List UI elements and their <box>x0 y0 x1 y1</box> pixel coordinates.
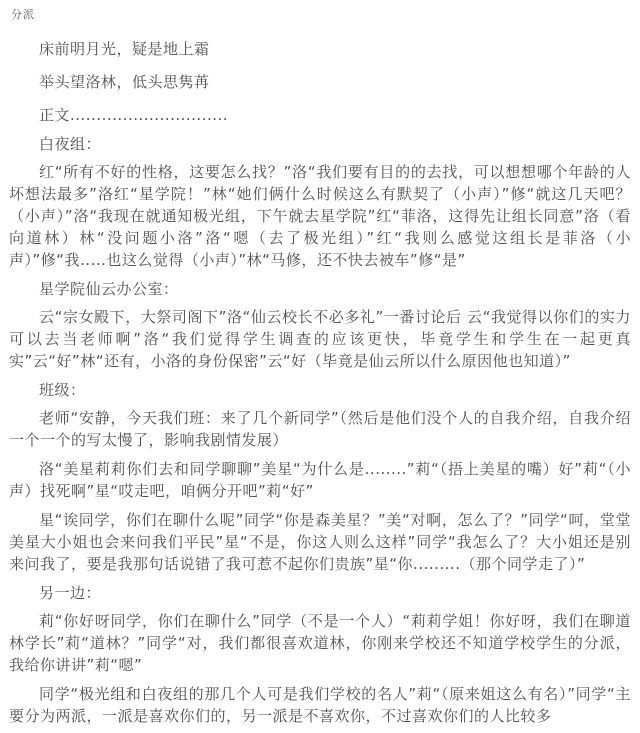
story-paragraph: 洛“美星莉莉你们去和同学聊聊”美星“为什么是........”莉“（捂上美星的嘴… <box>9 458 631 502</box>
story-paragraph: 星“诶同学，你们在聊什么呢”同学“你是森美星？”美“对啊，怎么了？”同学“呵，堂… <box>9 509 631 575</box>
document-page: 分派 床前明月光，疑是地上霜 举头望洛林，低头思隽苒 正文...........… <box>0 0 640 733</box>
section-heading-white-night-group: 白夜组： <box>9 133 631 155</box>
section-heading-class: 班级： <box>9 379 631 401</box>
poem-line-2: 举头望洛林，低头思隽苒 <box>9 71 631 93</box>
story-paragraph: 莉“你好呀同学，你们在聊什么”同学（不是一个人）“莉莉学姐！你好呀，我们在聊道林… <box>9 610 631 676</box>
body-start-marker: 正文.............................. <box>9 104 631 126</box>
story-paragraph: 老师“安静，今天我们班：来了几个新同学”（然后是他们没个人的自我介绍，自我介绍一… <box>9 407 631 451</box>
story-paragraph: 云“宗女殿下，大祭司阁下”洛“仙云校长不必多礼”一番讨论后 云“我觉得以你们的实… <box>9 306 631 372</box>
page-title: 分派 <box>11 6 631 22</box>
section-heading-other-side: 另一边： <box>9 582 631 604</box>
story-paragraph: 同学“极光组和白夜组的那几个人可是我们学校的名人”莉“（原来姐这么有名）”同学“… <box>9 683 631 727</box>
poem-line-1: 床前明月光，疑是地上霜 <box>9 38 631 60</box>
section-heading-xianyun-office: 星学院仙云办公室： <box>9 278 631 300</box>
story-paragraph: 红“所有不好的性格，这要怎么找？”洛“我们要有目的的去找，可以想想哪个年龄的人坏… <box>9 161 631 271</box>
